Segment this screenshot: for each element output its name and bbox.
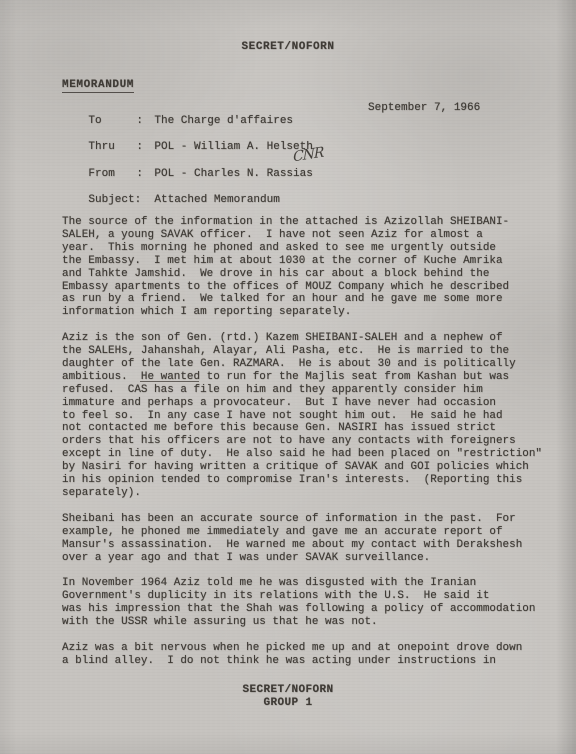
thru-separator: : — [136, 141, 154, 154]
paragraph-sheibani-accuracy: Sheibani has been an accurate source of … — [62, 513, 542, 565]
subject-label: Subject: — [88, 194, 154, 207]
subject-value: Attached Memorandum — [154, 194, 279, 206]
from-separator: : — [136, 168, 154, 181]
header-row-subject: Subject:Attached Memorandum — [62, 181, 280, 220]
footer-classification: SECRET/NOFORN — [0, 684, 576, 696]
pencil-underline-mark — [140, 381, 199, 382]
memorandum-label: MEMORANDUM — [62, 79, 134, 93]
footer-group-label: GROUP 1 — [0, 697, 576, 709]
thru-value: POL - William A. Helseth — [154, 141, 312, 153]
to-value: The Charge d'affaires — [154, 115, 293, 127]
from-value: POL - Charles N. Rassias — [154, 168, 312, 180]
classification-header: SECRET/NOFORN — [0, 41, 576, 53]
paragraph-november-1964: In November 1964 Aziz told me he was dis… — [62, 577, 542, 629]
memo-body: The source of the information in the att… — [62, 216, 542, 681]
paragraph-source-meeting: The source of the information in the att… — [62, 216, 542, 319]
to-label: To — [88, 115, 136, 128]
from-label: From — [88, 168, 136, 181]
paragraph-aziz-background: Aziz is the son of Gen. (rtd.) Kazem SHE… — [62, 332, 542, 500]
memo-page: SECRET/NOFORN MEMORANDUM September 7, 19… — [0, 0, 576, 754]
to-separator: : — [136, 115, 154, 128]
memo-date: September 7, 1966 — [368, 102, 480, 114]
handwritten-initials-mark: CNR — [293, 145, 323, 166]
thru-label: Thru — [88, 141, 136, 154]
paragraph-aziz-nervous: Aziz was a bit nervous when he picked me… — [62, 642, 542, 668]
